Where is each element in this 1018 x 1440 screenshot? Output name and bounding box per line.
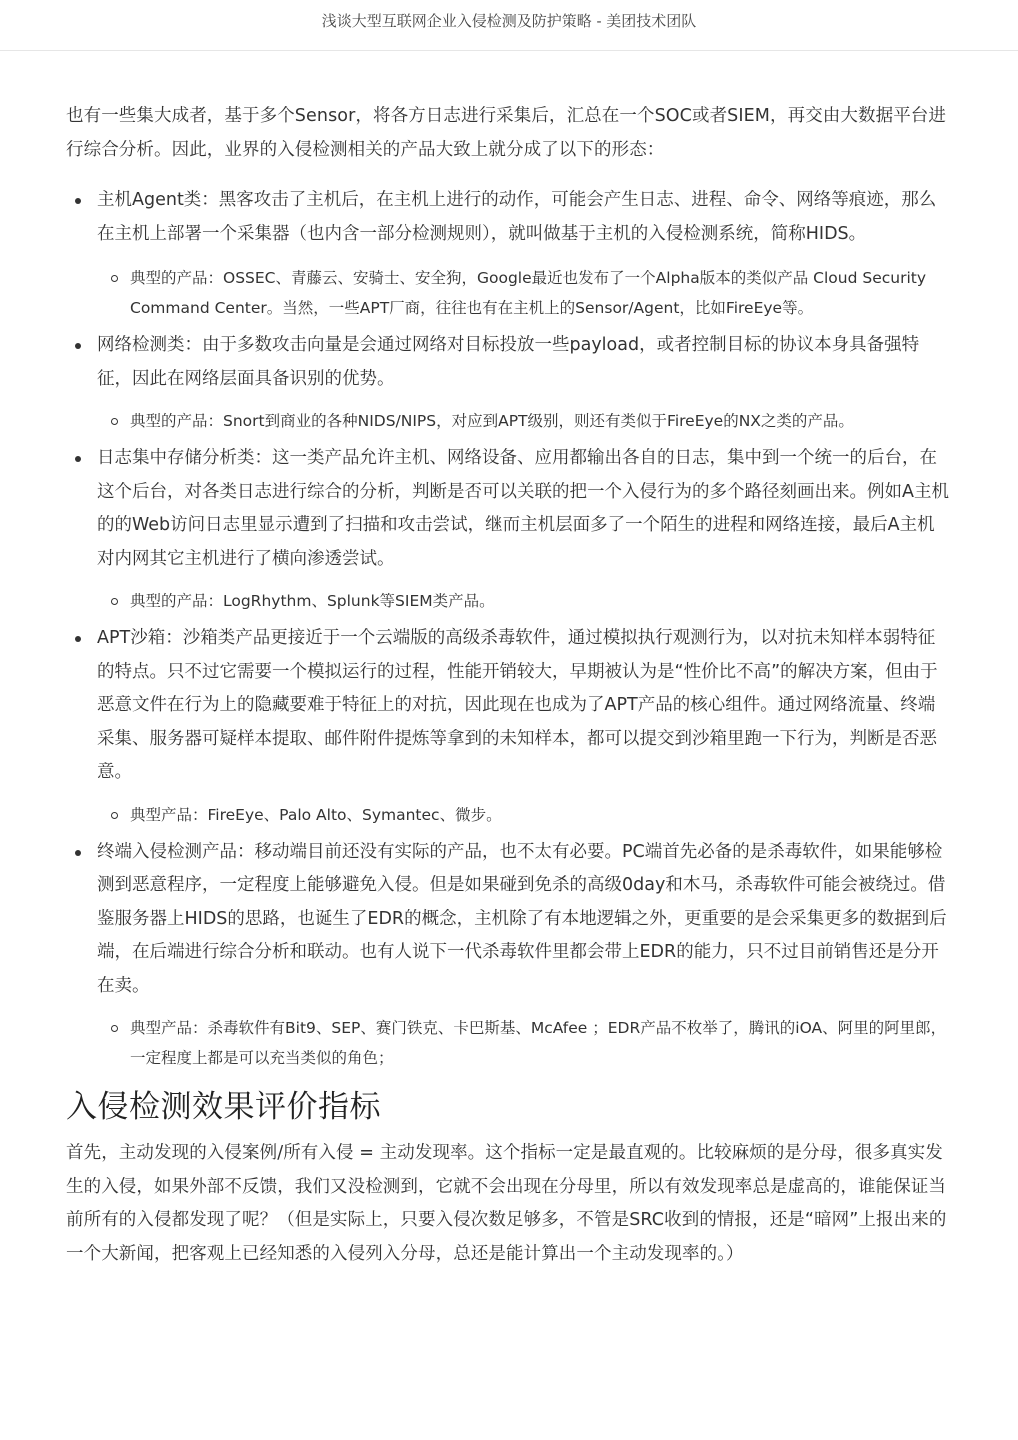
- circle-bullet-icon: [111, 418, 118, 425]
- bullet-icon: [75, 343, 81, 349]
- list-item-text: 终端入侵检测产品：移动端目前还没有实际的产品，也不太有必要。PC端首先必备的是杀…: [97, 842, 947, 996]
- bullet-icon: [75, 850, 81, 856]
- sub-list-item-text: 典型产品：FireEye、Palo Alto、Symantec、微步。: [130, 806, 502, 824]
- sub-list-item: 典型的产品：Snort到商业的各种NIDS/NIPS，对应到APT级别，则还有类…: [66, 406, 952, 436]
- list-item-host-agent: 主机Agent类：黑客攻击了主机后，在主机上进行的动作，可能会产生日志、进程、命…: [66, 184, 952, 323]
- circle-bullet-icon: [111, 812, 118, 819]
- circle-bullet-icon: [111, 275, 118, 282]
- list-item-text: 网络检测类：由于多数攻击向量是会通过网络对目标投放一些payload，或者控制目…: [97, 335, 919, 389]
- list-item-text: APT沙箱：沙箱类产品更接近于一个云端版的高级杀毒软件，通过模拟执行观测行为，以…: [97, 628, 938, 782]
- sub-list: 典型的产品：OSSEC、青藤云、安骑士、安全狗，Google最近也发布了一个Al…: [66, 263, 952, 323]
- bullet-icon: [75, 198, 81, 204]
- sub-list: 典型的产品：LogRhythm、Splunk等SIEM类产品。: [66, 586, 952, 616]
- bullet-icon: [75, 456, 81, 462]
- circle-bullet-icon: [111, 598, 118, 605]
- intro-paragraph: 也有一些集大成者，基于多个Sensor，将各方日志进行采集后，汇总在一个SOC或…: [66, 100, 952, 167]
- sub-list-item: 典型的产品：OSSEC、青藤云、安骑士、安全狗，Google最近也发布了一个Al…: [66, 263, 952, 323]
- sub-list-item-text: 典型的产品：OSSEC、青藤云、安骑士、安全狗，Google最近也发布了一个Al…: [130, 269, 926, 317]
- sub-list-item-text: 典型的产品：Snort到商业的各种NIDS/NIPS，对应到APT级别，则还有类…: [130, 412, 854, 430]
- section-heading: 入侵检测效果评价指标: [66, 1087, 952, 1127]
- list-item-endpoint-detection: 终端入侵检测产品：移动端目前还没有实际的产品，也不太有必要。PC端首先必备的是杀…: [66, 836, 952, 1074]
- list-item-text: 主机Agent类：黑客攻击了主机后，在主机上进行的动作，可能会产生日志、进程、命…: [97, 190, 936, 244]
- page-title: 浅谈大型互联网企业入侵检测及防护策略 - 美团技术团队: [322, 14, 697, 29]
- sub-list-item: 典型产品：FireEye、Palo Alto、Symantec、微步。: [66, 800, 952, 830]
- list-item-log-analysis: 日志集中存储分析类：这一类产品允许主机、网络设备、应用都输出各自的日志，集中到一…: [66, 442, 952, 616]
- section-paragraph: 首先，主动发现的入侵案例/所有入侵 = 主动发现率。这个指标一定是最直观的。比较…: [66, 1137, 952, 1271]
- page-header: 浅谈大型互联网企业入侵检测及防护策略 - 美团技术团队: [0, 0, 1018, 51]
- circle-bullet-icon: [111, 1025, 118, 1032]
- sub-list: 典型产品：FireEye、Palo Alto、Symantec、微步。: [66, 800, 952, 830]
- list-item-text: 日志集中存储分析类：这一类产品允许主机、网络设备、应用都输出各自的日志，集中到一…: [97, 448, 949, 569]
- sub-list-item: 典型的产品：LogRhythm、Splunk等SIEM类产品。: [66, 586, 952, 616]
- article-body: 也有一些集大成者，基于多个Sensor，将各方日志进行采集后，汇总在一个SOC或…: [66, 100, 952, 1271]
- product-category-list: 主机Agent类：黑客攻击了主机后，在主机上进行的动作，可能会产生日志、进程、命…: [66, 184, 952, 1073]
- sub-list-item-text: 典型产品：杀毒软件有Bit9、SEP、赛门铁克、卡巴斯基、McAfee ；EDR…: [130, 1019, 946, 1067]
- sub-list: 典型产品：杀毒软件有Bit9、SEP、赛门铁克、卡巴斯基、McAfee ；EDR…: [66, 1013, 952, 1073]
- list-item-apt-sandbox: APT沙箱：沙箱类产品更接近于一个云端版的高级杀毒软件，通过模拟执行观测行为，以…: [66, 622, 952, 830]
- sub-list-item: 典型产品：杀毒软件有Bit9、SEP、赛门铁克、卡巴斯基、McAfee ；EDR…: [66, 1013, 952, 1073]
- list-item-network-detection: 网络检测类：由于多数攻击向量是会通过网络对目标投放一些payload，或者控制目…: [66, 329, 952, 436]
- sub-list: 典型的产品：Snort到商业的各种NIDS/NIPS，对应到APT级别，则还有类…: [66, 406, 952, 436]
- bullet-icon: [75, 636, 81, 642]
- sub-list-item-text: 典型的产品：LogRhythm、Splunk等SIEM类产品。: [130, 592, 495, 610]
